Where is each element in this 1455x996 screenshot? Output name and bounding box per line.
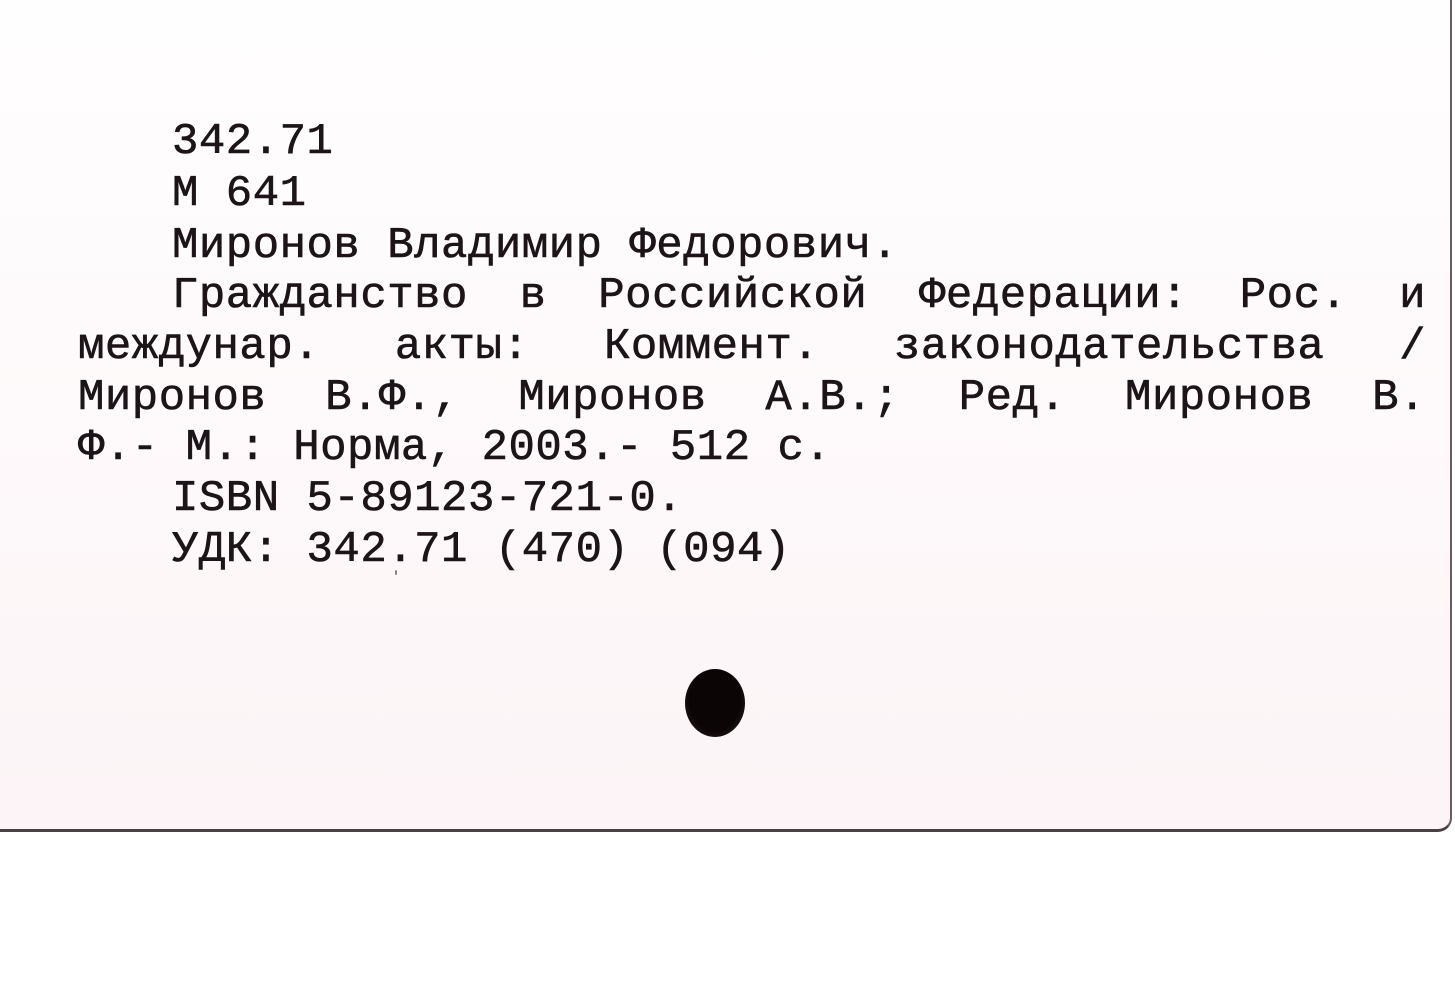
description-word: Ред. [959, 376, 1067, 420]
description-word: Коммент. [604, 325, 819, 369]
description-word: Рос. [1240, 274, 1348, 318]
udk-classification: УДК: 342.71 (470) (094) [172, 528, 791, 572]
description-line-1: ГражданствовРоссийскойФедерации:Рос.и [172, 274, 1426, 318]
description-word: междунар. [78, 325, 320, 369]
description-word: Миронов [518, 376, 706, 420]
description-word: и [1399, 274, 1426, 318]
description-word: в [520, 274, 547, 318]
description-word: А.В.; [765, 376, 900, 420]
author-mark: М 641 [172, 172, 307, 216]
description-word: Миронов [78, 376, 266, 420]
isbn: ISBN 5-89123-721-0. [172, 477, 683, 521]
paper-speck [395, 570, 397, 575]
description-line-4: Ф.- М.: Норма, 2003.- 512 с. [78, 426, 831, 470]
description-line-2: междунар.акты:Коммент.законодательства/ [78, 325, 1426, 369]
call-number: 342.71 [172, 120, 333, 164]
description-line-3: МироновВ.Ф.,МироновА.В.;Ред.МироновВ. [78, 376, 1426, 420]
description-word: / [1399, 325, 1426, 369]
description-word: Российской [598, 274, 867, 318]
description-word: В. [1372, 376, 1426, 420]
description-word: акты: [395, 325, 530, 369]
description-word: законодательства [894, 325, 1324, 369]
card-punch-hole [685, 669, 745, 737]
description-word: Федерации: [919, 274, 1188, 318]
catalog-card: 342.71 М 641 Миронов Владимир Федорович.… [0, 0, 1452, 832]
description-word: В.Ф., [325, 376, 460, 420]
description-word: Миронов [1125, 376, 1313, 420]
description-word: Гражданство [172, 274, 468, 318]
author-heading: Миронов Владимир Федорович. [172, 224, 898, 268]
